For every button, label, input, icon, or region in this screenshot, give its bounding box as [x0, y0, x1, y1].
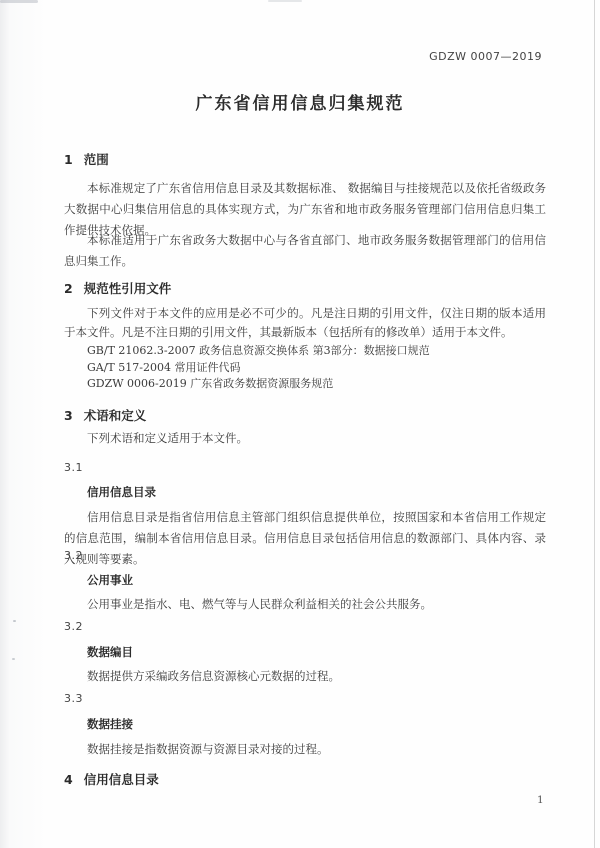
term-definition: 信用信息目录是指省信用信息主管部门组织信息提供单位，按照国家和本省信用工作规定的…	[64, 507, 546, 570]
term-definition: 数据挂接是指数据资源与资源目录对接的过程。	[64, 739, 546, 760]
document-page: GDZW 0007—2019 广东省信用信息归集规范 1范围 本标准规定了广东省…	[0, 0, 600, 848]
term-name: 公用事业	[87, 572, 133, 588]
section-2-intro: 下列文件对于本文件的应用是必不可少的。凡是注日期的引用文件，仅注日期的版本适用于…	[64, 304, 546, 341]
reference-item: GA/T 517-2004 常用证件代码	[87, 360, 546, 377]
section-1-number: 1	[64, 152, 73, 167]
term-definition: 数据提供方采编政务信息资源核心元数据的过程。	[64, 666, 546, 687]
section-2-number: 2	[64, 281, 73, 296]
section-3-intro: 下列术语和定义适用于本文件。	[64, 428, 546, 449]
term-number: 3.3	[64, 692, 83, 705]
scan-speck	[13, 620, 16, 622]
term-name: 数据挂接	[87, 716, 133, 732]
section-4-heading: 4信用信息目录	[64, 770, 546, 788]
section-4-title: 信用信息目录	[84, 772, 159, 787]
section-3-title: 术语和定义	[84, 408, 147, 423]
section-2-heading: 2规范性引用文件	[64, 279, 546, 297]
scan-edge-line	[594, 0, 595, 848]
term-number: 3.2	[64, 620, 83, 633]
term-name: 信用信息目录	[87, 484, 156, 500]
page-number: 1	[537, 794, 544, 806]
document-title: 广东省信用信息归集规范	[0, 89, 600, 114]
scan-smudge	[0, 0, 38, 3]
term-definition: 公用事业是指水、电、燃气等与人民群众利益相关的社会公共服务。	[64, 594, 546, 615]
section-1-paragraph-2: 本标准适用于广东省政务大数据中心与各省直部门、地市政务服务数据管理部门的信用信息…	[64, 230, 546, 272]
section-3-number: 3	[64, 408, 73, 423]
reference-item: GDZW 0006-2019 广东省政务数据资源服务规范	[87, 376, 546, 393]
term-number: 3.2	[64, 549, 83, 562]
scan-speck	[12, 658, 15, 660]
term-name: 数据编目	[87, 644, 133, 660]
document-code: GDZW 0007—2019	[64, 50, 542, 63]
section-3-heading: 3术语和定义	[64, 406, 546, 424]
section-1-title: 范围	[84, 152, 109, 167]
section-1-heading: 1范围	[64, 150, 546, 168]
scan-smudge	[268, 0, 302, 2]
term-number: 3.1	[64, 461, 83, 474]
section-2-title: 规范性引用文件	[84, 281, 172, 296]
normative-references: GB/T 21062.3-2007 政务信息资源交换体系 第3部分：数据接口规范…	[87, 343, 546, 393]
section-4-number: 4	[64, 772, 73, 787]
reference-item: GB/T 21062.3-2007 政务信息资源交换体系 第3部分：数据接口规范	[87, 343, 546, 360]
